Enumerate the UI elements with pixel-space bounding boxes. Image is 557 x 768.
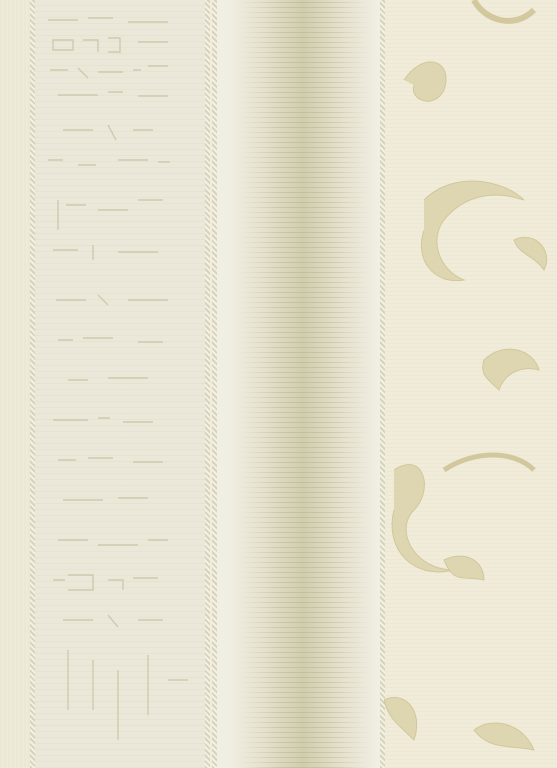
rope-border bbox=[205, 0, 210, 768]
acanthus-scroll-ornaments bbox=[384, 0, 557, 768]
wallpaper-texture bbox=[0, 0, 557, 768]
embossed-script-marks bbox=[38, 0, 203, 768]
feather-band-lines bbox=[240, 0, 370, 768]
rope-border bbox=[30, 0, 35, 768]
left-edge-stripe bbox=[0, 0, 30, 768]
rope-border bbox=[212, 0, 217, 768]
